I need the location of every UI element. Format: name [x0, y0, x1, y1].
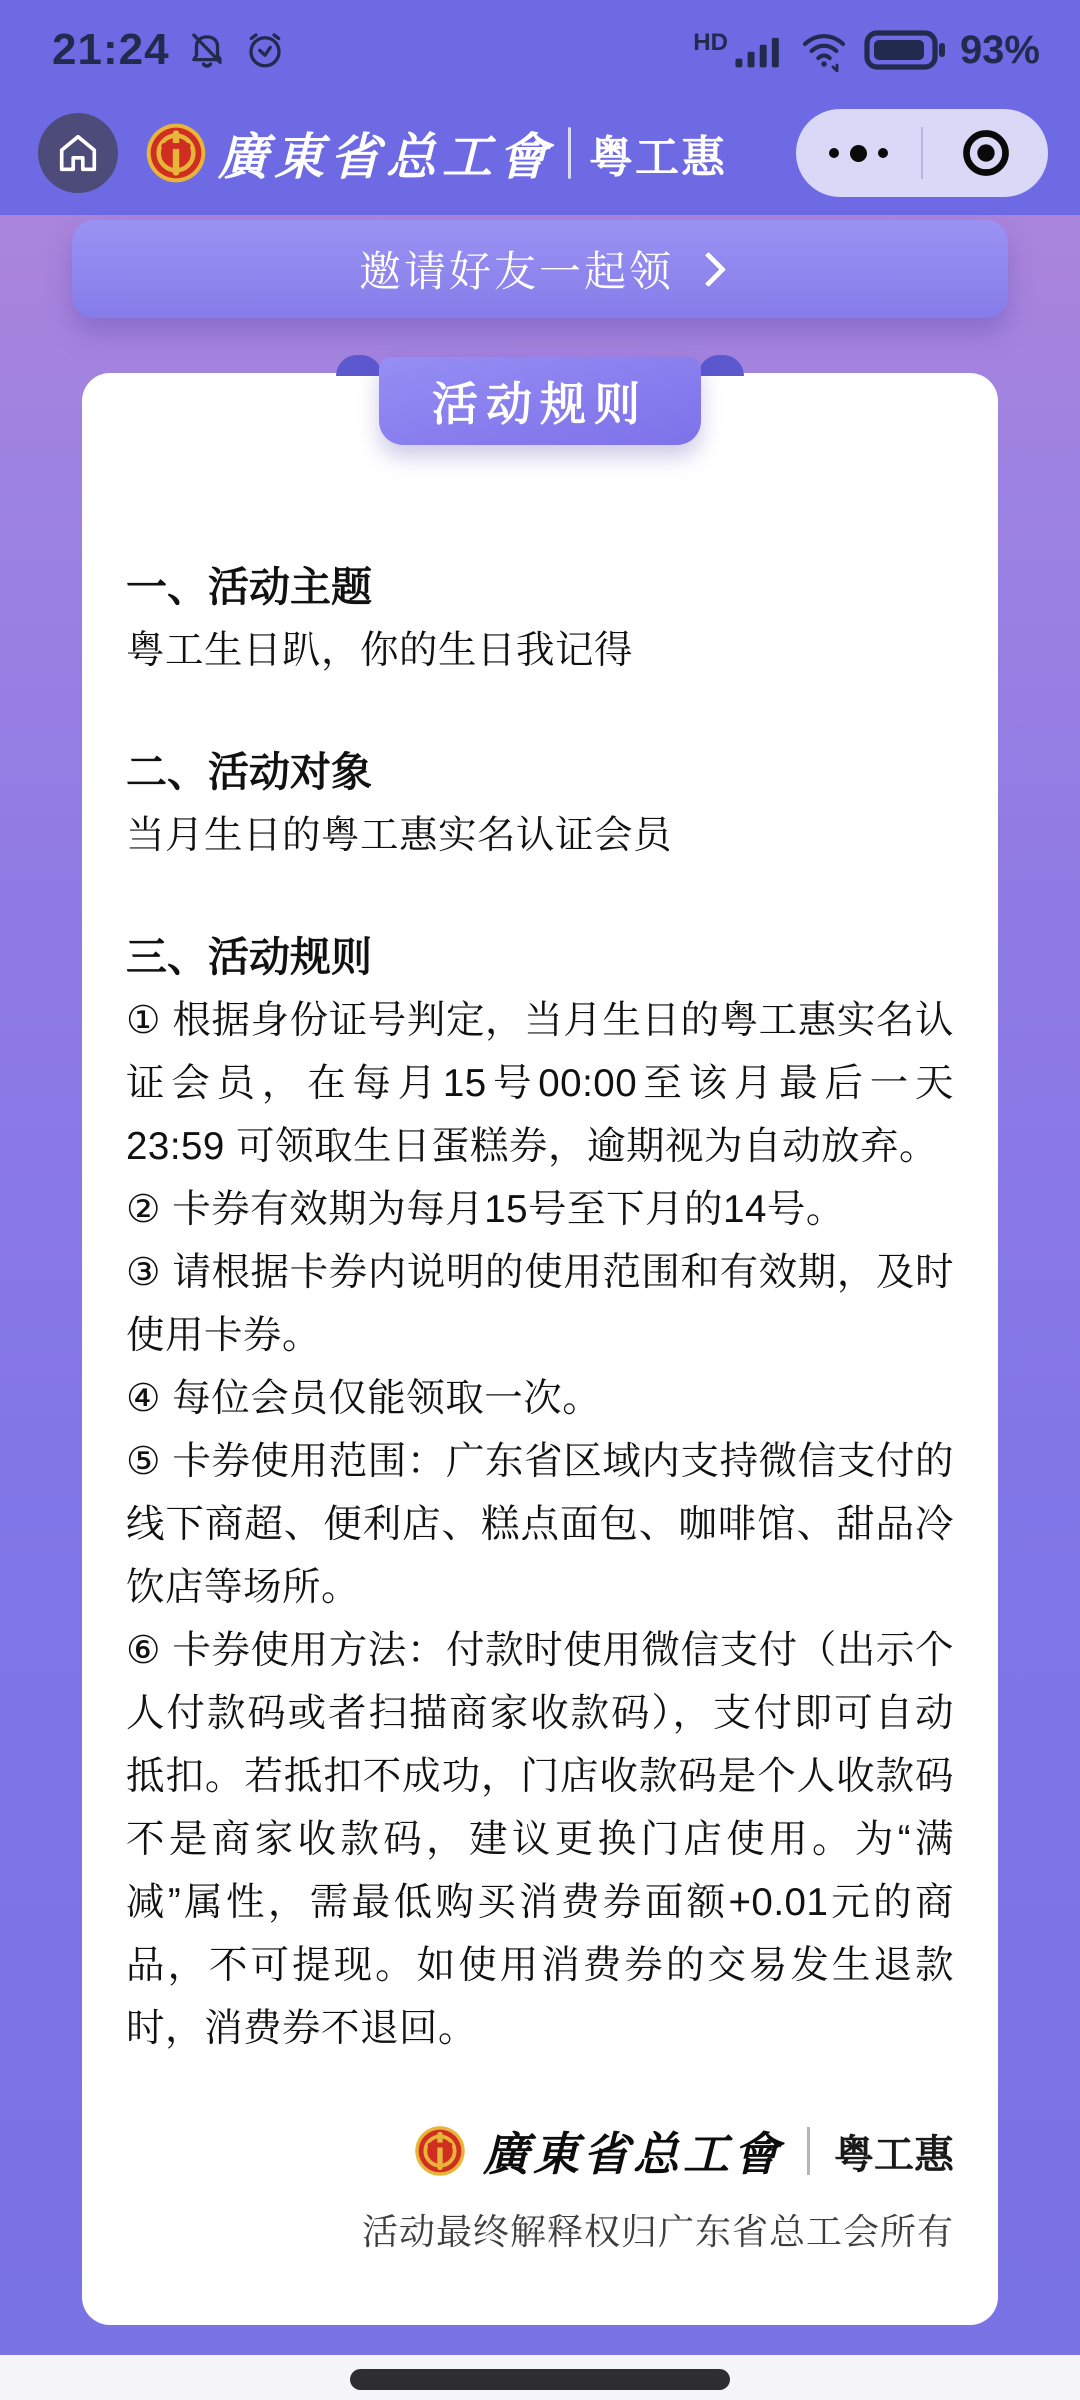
section-heading: 一、活动主题 [126, 555, 954, 619]
app-header: 廣東省总工會 粤工惠 [0, 92, 1080, 214]
brand-lockup: 廣東省总工會 粤工惠 [144, 117, 727, 189]
union-emblem-icon [144, 121, 208, 185]
home-icon [55, 130, 101, 176]
miniprogram-capsule [796, 109, 1048, 197]
brand-name: 粤工惠 [589, 121, 727, 185]
section-heading: 二、活动对象 [126, 740, 954, 804]
home-indicator-handle[interactable] [350, 2369, 730, 2390]
brand-calligraphy: 廣東省总工會 [218, 117, 554, 189]
rule-item-1: ① 根据身份证号判定，当月生日的粤工惠实名认证会员，在每月15号00:00至该月… [126, 989, 954, 1178]
battery-percent: 93% [960, 28, 1040, 73]
system-nav-bar [0, 2355, 1080, 2400]
chevron-right-icon [691, 251, 726, 286]
card-footer: 廣東省总工會 粤工惠 活动最终解释权归广东省总工会所有 [126, 2118, 954, 2255]
section-rules: 三、活动规则 ① 根据身份证号判定，当月生日的粤工惠实名认证会员，在每月15号0… [126, 925, 954, 2060]
footer-divider [807, 2127, 810, 2175]
section-paragraph: 粤工生日趴，你的生日我记得 [126, 619, 954, 682]
rule-item-4: ④ 每位会员仅能领取一次。 [126, 1367, 954, 1430]
exit-target-icon [960, 127, 1012, 179]
footer-emblem-icon [413, 2124, 467, 2178]
invite-friends-banner[interactable]: 邀请好友一起领 [72, 220, 1008, 318]
rule-item-3: ③ 请根据卡券内说明的使用范围和有效期，及时使用卡券。 [126, 1241, 954, 1367]
invite-banner-label: 邀请好友一起领 [359, 239, 674, 299]
battery-icon [864, 28, 946, 72]
clock-time: 21:24 [52, 25, 170, 75]
home-button[interactable] [38, 113, 118, 193]
section-theme: 一、活动主题 粤工生日趴，你的生日我记得 [126, 555, 954, 682]
ribbon-ear-right [698, 355, 744, 376]
rules-title: 活动规则 [432, 368, 648, 434]
footer-brand: 廣東省总工會 粤工惠 [126, 2118, 954, 2184]
rules-ribbon: 活动规则 [379, 355, 701, 445]
mute-bell-icon [186, 29, 228, 71]
hd-badge: HD [693, 29, 728, 57]
rules-content: 一、活动主题 粤工生日趴，你的生日我记得 二、活动对象 当月生日的粤工惠实名认证… [82, 373, 998, 2325]
footer-calligraphy: 廣東省总工會 [483, 2118, 783, 2184]
section-heading: 三、活动规则 [126, 925, 954, 989]
disclaimer-text: 活动最终解释权归广东省总工会所有 [126, 2204, 954, 2255]
miniprogram-screen: 21:24 HD [0, 0, 1080, 2400]
wifi-icon [798, 28, 850, 72]
rule-item-5: ⑤ 卡券使用范围：广东省区域内支持微信支付的线下商超、便利店、糕点面包、咖啡馆、… [126, 1430, 954, 1619]
brand-divider [568, 127, 571, 179]
section-paragraph: 当月生日的粤工惠实名认证会员 [126, 804, 954, 867]
capsule-more-button[interactable] [796, 109, 921, 197]
status-right-group: HD [693, 28, 1040, 73]
signal-bars-icon: HD [693, 29, 784, 71]
footer-brand-name: 粤工惠 [834, 2123, 954, 2180]
ribbon-body: 活动规则 [379, 357, 701, 445]
rules-card: 活动规则 一、活动主题 粤工生日趴，你的生日我记得 二、活动对象 当月生日的粤工… [82, 373, 998, 2325]
section-audience: 二、活动对象 当月生日的粤工惠实名认证会员 [126, 740, 954, 867]
more-dots-icon [829, 145, 888, 162]
alarm-clock-icon [244, 29, 286, 71]
ribbon-ear-left [336, 355, 382, 376]
rule-item-2: ② 卡券有效期为每月15号至下月的14号。 [126, 1178, 954, 1241]
capsule-exit-button[interactable] [923, 109, 1048, 197]
status-bar: 21:24 HD [0, 18, 1080, 82]
rule-item-6: ⑥ 卡券使用方法：付款时使用微信支付（出示个人付款码或者扫描商家收款码），支付即… [126, 1619, 954, 2060]
